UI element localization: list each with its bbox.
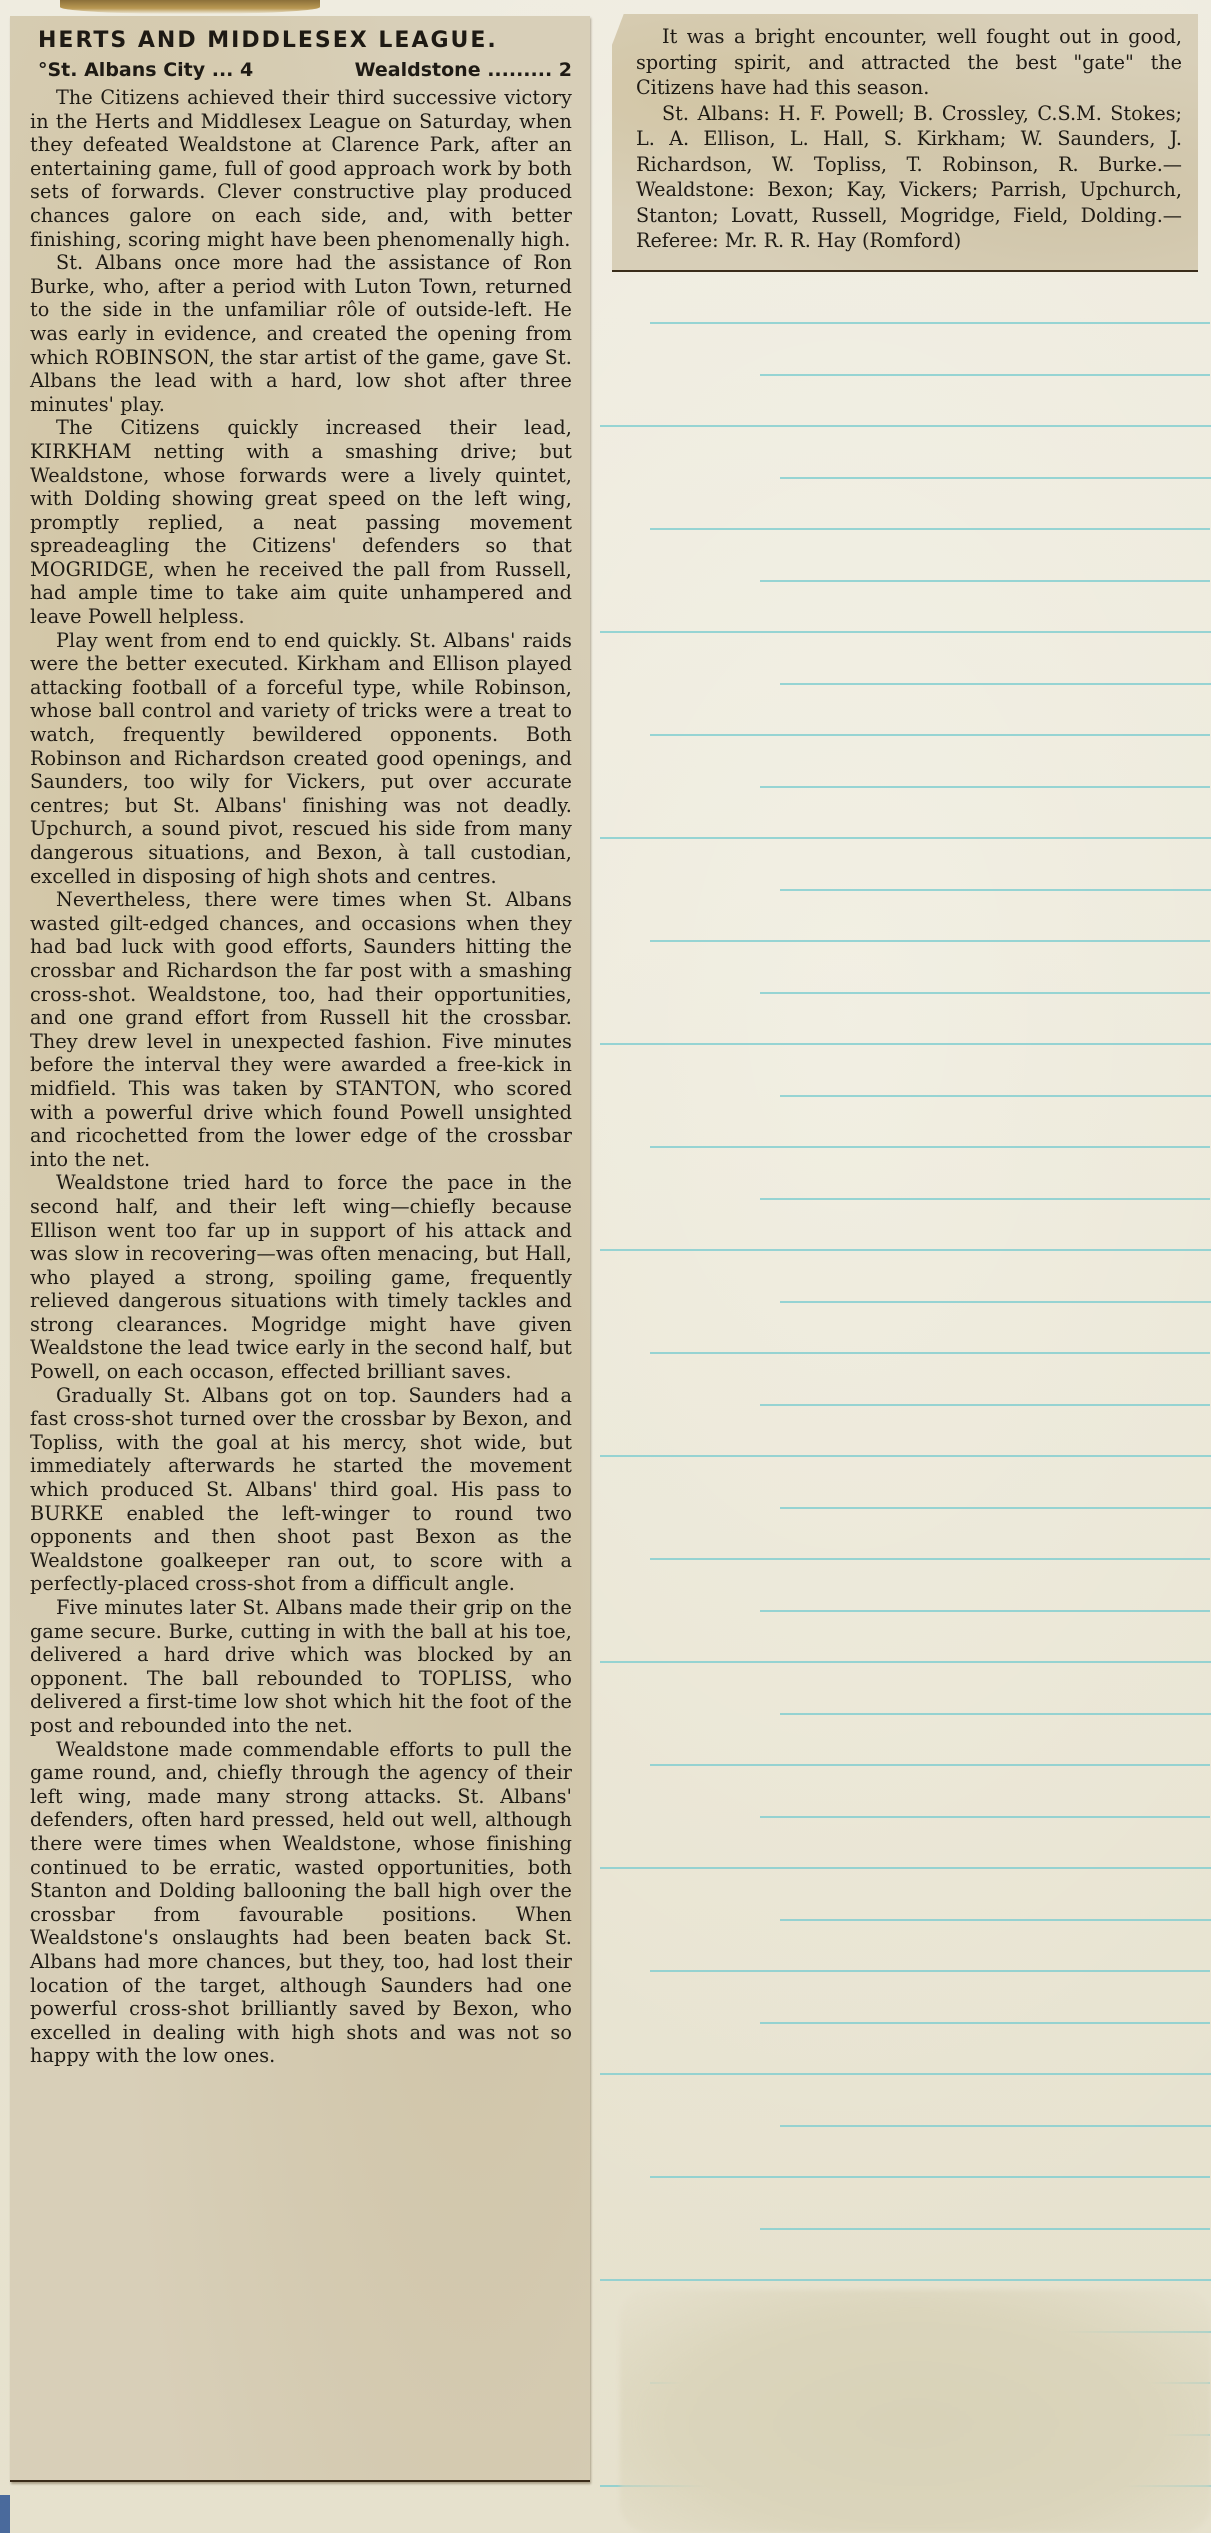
ruled-line xyxy=(650,734,1210,736)
away-team-score: Wealdstone ......... 2 xyxy=(355,56,572,84)
ruled-line xyxy=(760,2228,1210,2230)
ruled-line xyxy=(760,374,1210,376)
ruled-line xyxy=(780,2125,1211,2127)
article-paragraph: Gradually St. Albans got on top. Saunder… xyxy=(30,1384,572,1596)
ruled-line xyxy=(650,1764,1210,1766)
scrapbook-page: HERTS AND MIDDLESEX LEAGUE. °St. Albans … xyxy=(0,0,1211,2533)
ruled-line xyxy=(760,1198,1210,1200)
ruled-line xyxy=(760,2022,1210,2024)
ruled-line xyxy=(780,683,1211,685)
ruled-line xyxy=(780,1095,1211,1097)
article-paragraph: Five minutes later St. Albans made their… xyxy=(30,1596,572,1738)
corner-mark xyxy=(0,2495,10,2533)
ruled-line xyxy=(650,940,1210,942)
newspaper-clipping-main: HERTS AND MIDDLESEX LEAGUE. °St. Albans … xyxy=(10,16,590,2482)
ruled-line xyxy=(650,1558,1210,1560)
ruled-line xyxy=(600,1867,1211,1869)
binding-edge xyxy=(60,0,320,14)
article-paragraph: The Citizens quickly increased their lea… xyxy=(30,416,572,628)
ruled-line xyxy=(650,1352,1210,1354)
ruled-line xyxy=(650,528,1210,530)
ruled-line xyxy=(760,992,1210,994)
newspaper-clipping-continuation: It was a bright encounter, well fought o… xyxy=(612,14,1198,272)
ruled-line xyxy=(650,1146,1210,1148)
ruled-line xyxy=(760,1404,1210,1406)
ruled-line xyxy=(760,786,1210,788)
blurred-region xyxy=(620,2290,1211,2533)
ruled-line xyxy=(650,2176,1210,2178)
ruled-line xyxy=(780,1507,1211,1509)
article-body: The Citizens achieved their third succes… xyxy=(30,86,572,2068)
article-paragraph: Play went from end to end quickly. St. A… xyxy=(30,629,572,889)
article-paragraph: Wealdstone made commendable efforts to p… xyxy=(30,1738,572,2068)
ruled-line xyxy=(780,1919,1211,1921)
ruled-line xyxy=(600,1249,1211,1251)
ruled-line xyxy=(760,1610,1210,1612)
ruled-line xyxy=(760,580,1210,582)
ruled-line xyxy=(780,477,1211,479)
ruled-line xyxy=(600,1455,1211,1457)
ruled-line xyxy=(600,425,1211,427)
ruled-line xyxy=(600,1043,1211,1045)
ruled-line xyxy=(760,1816,1210,1818)
ruled-line xyxy=(780,1713,1211,1715)
match-result: °St. Albans City ... 4 Wealdstone ......… xyxy=(38,56,572,84)
article-paragraph: Nevertheless, there were times when St. … xyxy=(30,888,572,1171)
ruled-line xyxy=(780,1301,1211,1303)
ruled-line xyxy=(650,322,1210,324)
home-team-score: °St. Albans City ... 4 xyxy=(38,56,253,84)
article-paragraph: Wealdstone tried hard to force the pace … xyxy=(30,1171,572,1383)
ruled-line xyxy=(600,1661,1211,1663)
ruled-line xyxy=(780,889,1211,891)
continuation-paragraph: It was a bright encounter, well fought o… xyxy=(636,24,1182,101)
ruled-line xyxy=(600,2279,1211,2281)
ruled-line xyxy=(600,631,1211,633)
article-paragraph: The Citizens achieved their third succes… xyxy=(30,86,572,251)
ruled-line xyxy=(600,837,1211,839)
ruled-line xyxy=(600,2073,1211,2075)
article-paragraph: St. Albans once more had the assistance … xyxy=(30,251,572,416)
team-lineups: St. Albans: H. F. Powell; B. Crossley, C… xyxy=(636,101,1182,254)
ruled-line xyxy=(650,1970,1210,1972)
article-headline: HERTS AND MIDDLESEX LEAGUE. xyxy=(38,26,572,56)
